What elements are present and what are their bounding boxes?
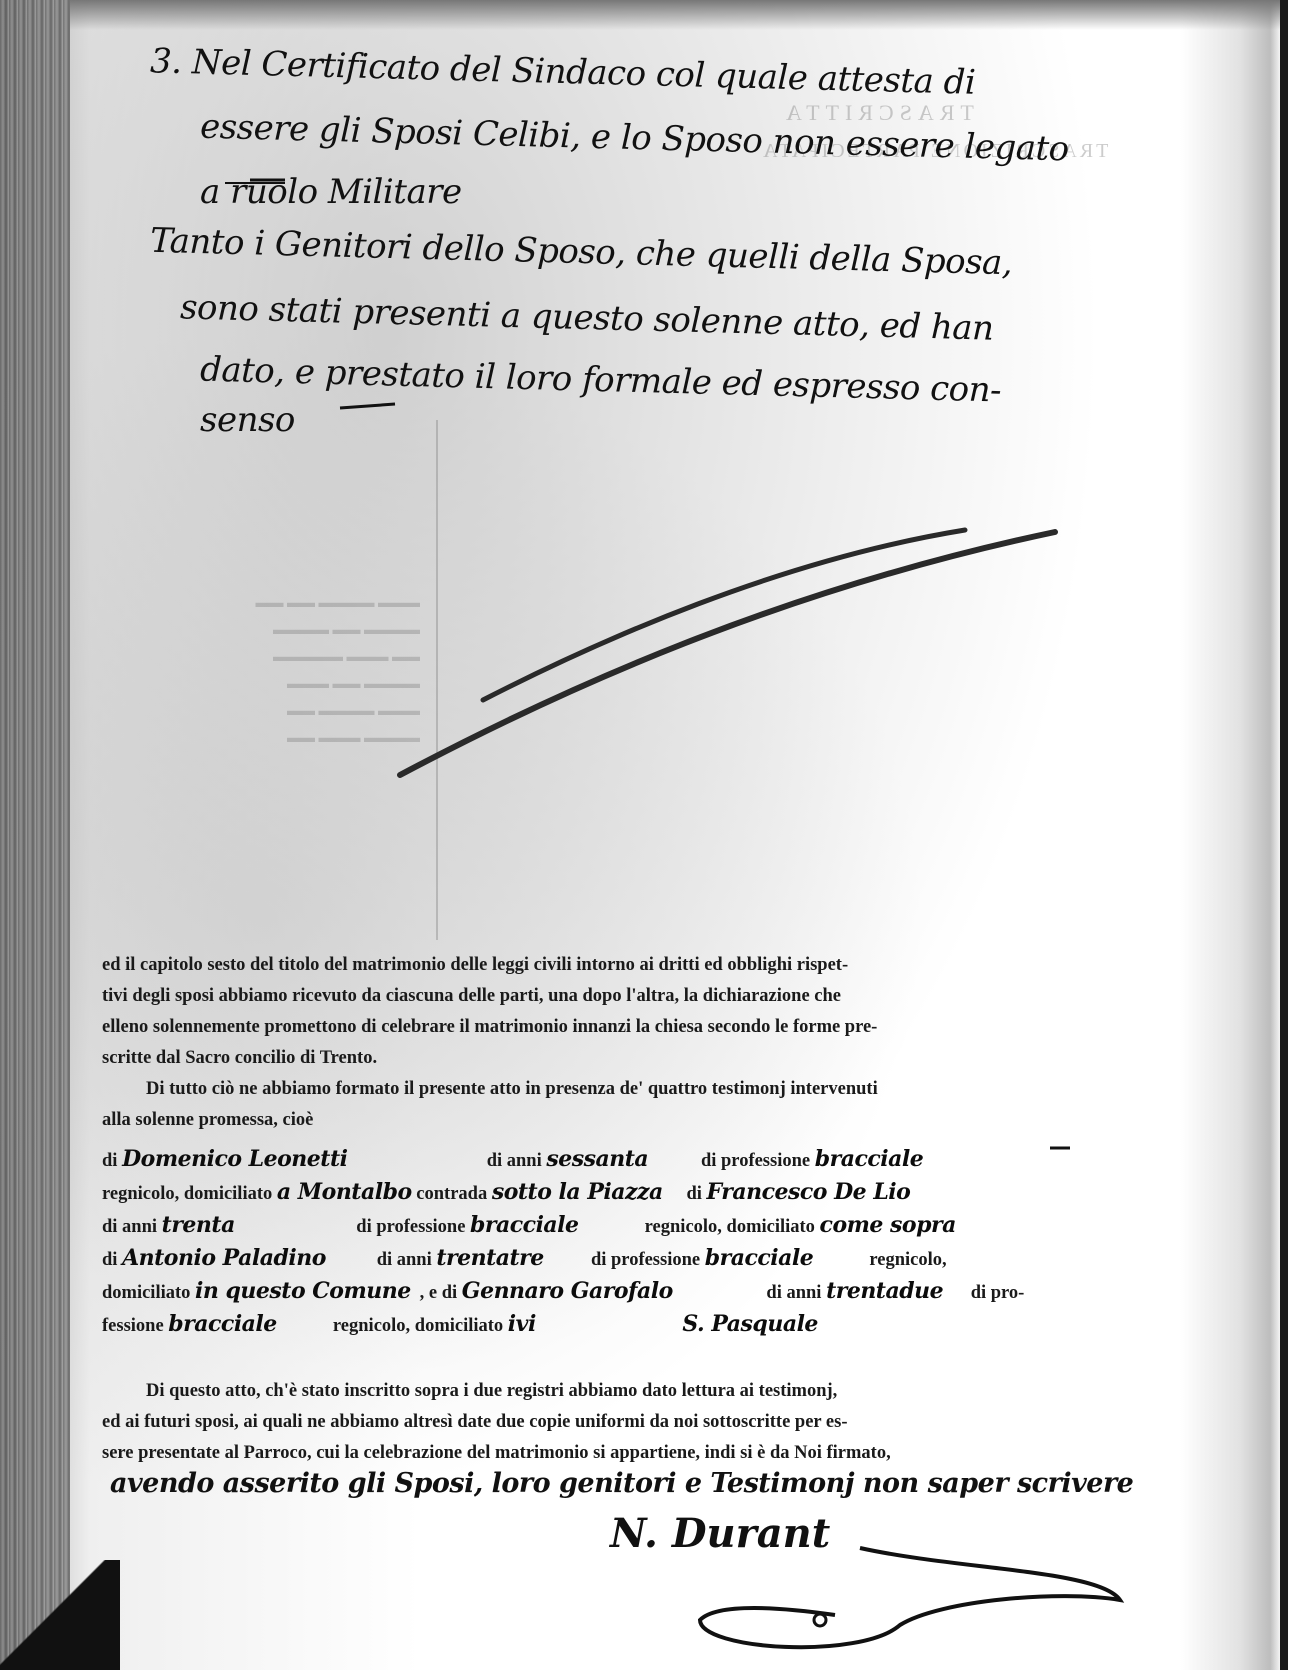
official-signature: N. Durant [610, 1510, 830, 1557]
printed-line: tivi degli sposi abbiamo ricevuto da cia… [102, 981, 1242, 1012]
bleed-column-rule [436, 420, 438, 940]
bleed-text-block: ▬▬▬ ▬▬▬▬ ▬▬ ▬▬▬▬▬▬ ▬▬ ▬▬▬▬▬▬ ▬▬▬ ▬▬▬▬▬▬▬… [120, 590, 420, 752]
witness-3-name: Antonio Paladino [122, 1243, 372, 1274]
label-regnicolo-domiciliato: regnicolo, domiciliato [102, 1184, 272, 1204]
witness-form: di Domenico Leonetti di anni sessanta di… [102, 1134, 1242, 1342]
page-right-edge [1280, 0, 1288, 1670]
witness-1-profession: bracciale [815, 1146, 924, 1172]
witness-4-name: Gennaro Garofalo [462, 1276, 762, 1307]
book-corner-shadow [0, 1560, 120, 1670]
witness-4-profession: bracciale [168, 1309, 328, 1340]
label-di-anni: di anni [377, 1250, 432, 1270]
label-di-professione: di professione [591, 1250, 700, 1270]
handwritten-line-3: a ruolo Militare [200, 172, 462, 212]
label-di-professione: di professione [356, 1217, 465, 1237]
label-di-professione: di professione [701, 1151, 810, 1171]
printed-line: ed ai futuri sposi, ai quali ne abbiamo … [102, 1407, 1242, 1438]
printed-line: scritte dal Sacro concilio di Trento. [102, 1043, 1242, 1074]
printed-line: ed il capitolo sesto del titolo del matr… [102, 950, 1242, 981]
printed-line: alla solenne promessa, cioè [102, 1105, 1242, 1136]
witness-2-line: di anni trenta di professione bracciale … [102, 1210, 1242, 1243]
label-regnicolo: regnicolo, [869, 1250, 946, 1270]
label-regnicolo-domiciliato: regnicolo, domiciliato [333, 1316, 503, 1336]
witness-3-age: trentatre [436, 1243, 586, 1274]
printed-line: sere presentate al Parroco, cui la celeb… [102, 1438, 1242, 1469]
witness-2-name: Francesco De Lio [707, 1179, 911, 1205]
label-di: di [102, 1151, 117, 1171]
label-contrada: contrada [416, 1184, 487, 1204]
label-domiciliato: domiciliato [102, 1283, 190, 1303]
witness-3-residence: in questo Comune [195, 1276, 415, 1307]
printed-paragraph-3: Di questo atto, ch'è stato inscritto sop… [102, 1376, 1242, 1469]
handwritten-line-5: sono stati presenti a questo solenne att… [180, 287, 994, 348]
witness-4-residence-line: fessione bracciale regnicolo, domiciliat… [102, 1309, 1242, 1342]
witness-4-line: domiciliato in questo Comune , e di Genn… [102, 1276, 1242, 1309]
witness-4-street: S. Pasquale [682, 1311, 818, 1337]
label-di-anni: di anni [102, 1217, 157, 1237]
witness-1-residence: a Montalbo [277, 1179, 412, 1205]
witness-1-residence-line: regnicolo, domiciliato a Montalbo contra… [102, 1177, 1242, 1210]
witness-2-residence: come sopra [820, 1212, 956, 1238]
label-e-di: , e di [420, 1283, 458, 1303]
printed-paragraph-1: ed il capitolo sesto del titolo del matr… [102, 950, 1242, 1136]
witness-1-age: sessanta [546, 1144, 696, 1175]
page-top-shadow [70, 0, 1280, 30]
label-di: di [686, 1184, 701, 1204]
witness-2-age: trenta [162, 1210, 352, 1241]
handwritten-line-6: dato, e prestato il loro formale ed espr… [200, 350, 1002, 411]
handwritten-line-4: Tanto i Genitori dello Sposo, che quelli… [150, 221, 1013, 284]
label-di-anni: di anni [766, 1283, 821, 1303]
book-binding-left [0, 0, 70, 1670]
witness-2-profession: bracciale [470, 1210, 640, 1241]
witness-3-profession: bracciale [705, 1243, 865, 1274]
witness-1-street: sotto la Piazza [492, 1177, 682, 1208]
printed-line: elleno solennemente promettono di celebr… [102, 1012, 1242, 1043]
label-di: di [102, 1250, 117, 1270]
label-regnicolo-domiciliato: regnicolo, domiciliato [645, 1217, 815, 1237]
witness-4-age: trentadue [826, 1276, 966, 1307]
witness-1-line: di Domenico Leonetti di anni sessanta di… [102, 1144, 1242, 1177]
handwritten-line-7: senso [200, 400, 295, 440]
handwritten-line-1: 3. Nel Certificato del Sindaco col quale… [150, 41, 976, 103]
handwritten-closing: avendo asserito gli Sposi, loro genitori… [110, 1468, 1133, 1499]
label-fessione: fessione [102, 1316, 164, 1336]
witness-4-residence: ivi [508, 1309, 678, 1340]
scanned-page: TRASCRITTA TRASCRIZIONE PARTECIPATA ▬▬▬ … [0, 0, 1300, 1670]
witness-1-name: Domenico Leonetti [122, 1144, 482, 1175]
printed-line: Di questo atto, ch'è stato inscritto sop… [102, 1376, 1242, 1407]
label-di-anni: di anni [487, 1151, 542, 1171]
witness-3-line: di Antonio Paladino di anni trentatre di… [102, 1243, 1242, 1276]
printed-line: Di tutto ciò ne abbiamo formato il prese… [102, 1074, 1242, 1105]
label-di-pro: di pro- [971, 1283, 1025, 1303]
